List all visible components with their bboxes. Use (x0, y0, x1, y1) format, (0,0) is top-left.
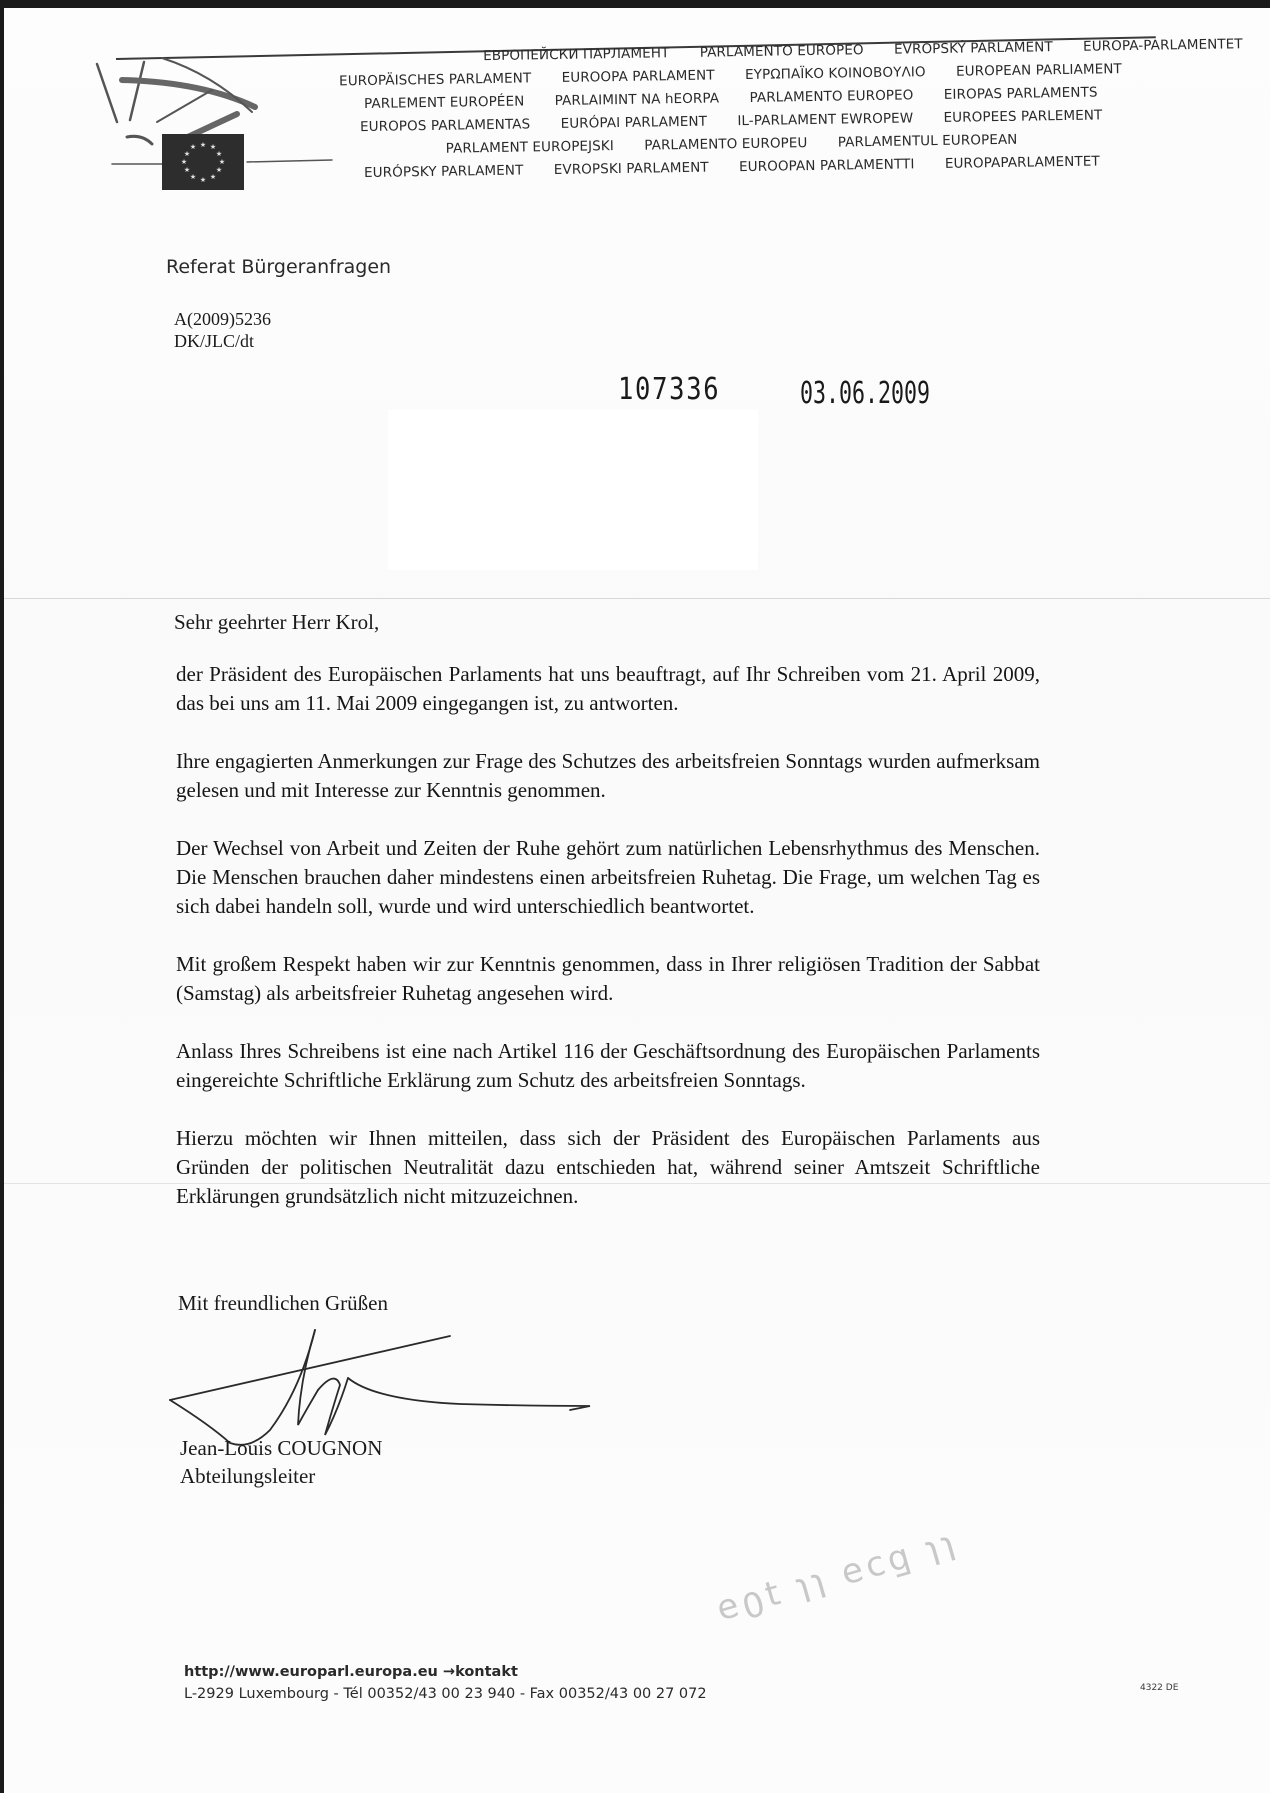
body-paragraph: der Präsident des Europäischen Parlament… (176, 660, 1040, 718)
body-paragraph: Ihre engagierten Anmerkungen zur Frage d… (176, 747, 1040, 805)
svg-text:★: ★ (184, 166, 190, 174)
body-paragraph: Mit großem Respekt haben wir zur Kenntni… (176, 950, 1040, 1008)
department-name: Referat Bürgeranfragen (166, 256, 391, 278)
signer-name: Jean-Louis COUGNON (180, 1436, 382, 1461)
form-code: 4322 DE (1140, 1683, 1178, 1693)
footer-address: L-2929 Luxembourg - Tél 00352/43 00 23 9… (184, 1686, 707, 1702)
svg-text:★: ★ (190, 173, 196, 181)
svg-text:★: ★ (216, 150, 222, 158)
body-paragraph: Anlass Ihres Schreibens ist eine nach Ar… (176, 1037, 1040, 1095)
letterhead-parliament-names: ЕВРОПЕЙСКИ ПАРЛАМЕНТ PARLAMENTO EUROPEO … (300, 34, 1162, 185)
handwritten-signature-icon (160, 1300, 600, 1450)
svg-text:★: ★ (210, 173, 216, 181)
salutation: Sehr geehrter Herr Krol, (174, 610, 379, 635)
redacted-address-block (388, 410, 758, 570)
letter-body: der Präsident des Europäischen Parlament… (176, 660, 1040, 1240)
eu-flag-icon: ★ ★ ★ ★ ★ ★ ★ ★ ★ ★ ★ ★ (162, 134, 244, 190)
author-initials: DK/JLC/dt (174, 330, 271, 352)
svg-text:★: ★ (181, 158, 187, 166)
svg-text:★: ★ (219, 158, 225, 166)
signer-title: Abteilungsleiter (180, 1464, 315, 1489)
reference-block: A(2009)5236 DK/JLC/dt (174, 308, 271, 352)
svg-text:★: ★ (184, 150, 190, 158)
registry-stamp-number: 107336 (618, 372, 720, 407)
svg-text:★: ★ (200, 176, 206, 184)
svg-text:★: ★ (190, 143, 196, 151)
registry-stamp-date: 03.06.2009 (800, 376, 930, 411)
svg-text:★: ★ (216, 166, 222, 174)
file-reference: A(2009)5236 (174, 308, 271, 330)
body-paragraph: Hierzu möchten wir Ihnen mitteilen, dass… (176, 1124, 1040, 1211)
svg-text:★: ★ (200, 141, 206, 149)
body-paragraph: Der Wechsel von Arbeit und Zeiten der Ru… (176, 834, 1040, 921)
paper-fold-line (4, 598, 1270, 599)
scan-border-top (0, 0, 1270, 8)
footer-contact-link[interactable]: http://www.europarl.europa.eu →kontakt (184, 1664, 518, 1680)
